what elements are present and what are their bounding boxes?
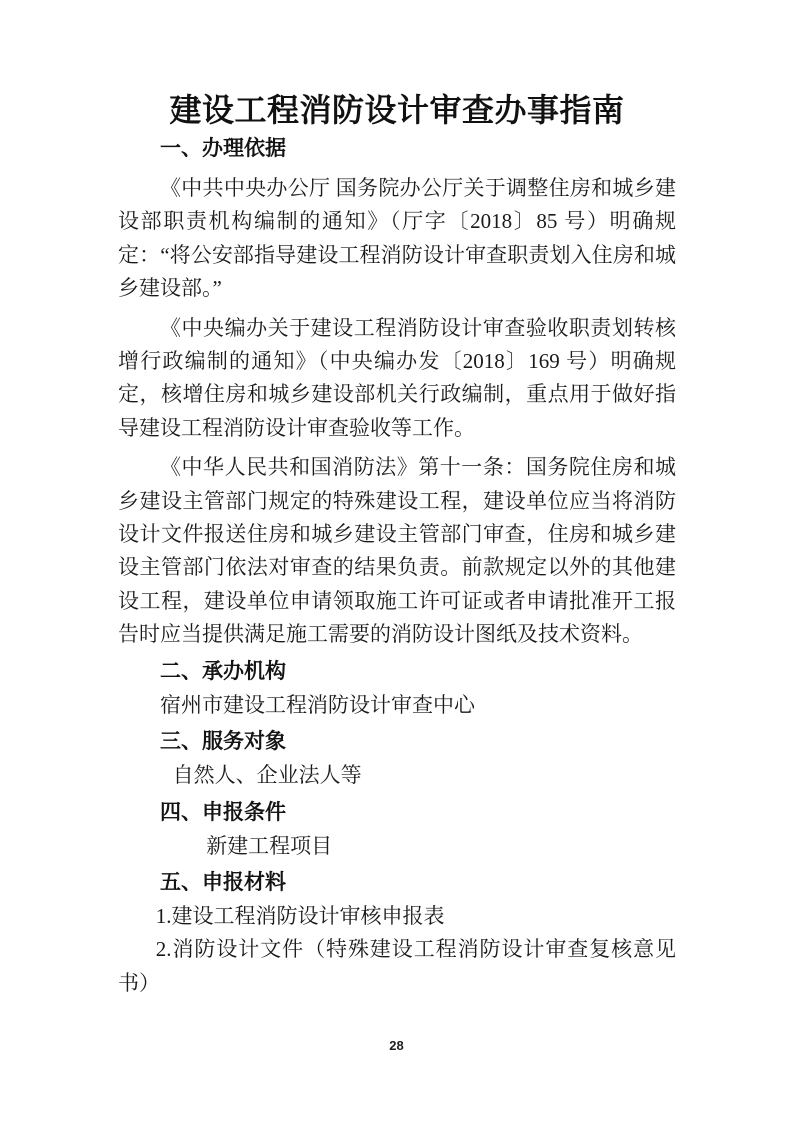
basis-paragraph-3: 《中华人民共和国消防法》第十一条：国务院住房和城乡建设主管部门规定的特殊建设工程…: [118, 451, 676, 651]
section-audience-heading: 三、服务对象: [118, 725, 676, 759]
materials-item-2: 2.消防设计文件（特殊建设工程消防设计审查复核意见书）: [118, 933, 676, 1000]
section-audience: 三、服务对象 自然人、企业法人等: [118, 725, 676, 792]
document-content: 建设工程消防设计审查办事指南 一、办理依据 《中共中央办公厅 国务院办公厅关于调…: [118, 88, 676, 1000]
materials-item-1: 1.建设工程消防设计审核申报表: [118, 900, 676, 933]
agency-name: 宿州市建设工程消防设计审查中心: [118, 689, 676, 722]
audience-text: 自然人、企业法人等: [118, 759, 676, 792]
basis-paragraph-2: 《中央编办关于建设工程消防设计审查验收职责划转核增行政编制的通知》（中央编办发〔…: [118, 312, 676, 446]
basis-paragraph-1: 《中共中央办公厅 国务院办公厅关于调整住房和城乡建设部职责机构编制的通知》（厅字…: [118, 172, 676, 306]
section-basis: 一、办理依据 《中共中央办公厅 国务院办公厅关于调整住房和城乡建设部职责机构编制…: [118, 132, 676, 652]
document-title: 建设工程消防设计审查办事指南: [118, 88, 676, 132]
page-number: 28: [0, 1038, 793, 1053]
section-agency: 二、承办机构 宿州市建设工程消防设计审查中心: [118, 655, 676, 722]
document-page: 建设工程消防设计审查办事指南 一、办理依据 《中共中央办公厅 国务院办公厅关于调…: [0, 0, 793, 1122]
section-materials-heading: 五、申报材料: [118, 866, 676, 900]
section-agency-heading: 二、承办机构: [118, 655, 676, 689]
section-conditions: 四、申报条件 新建工程项目: [118, 796, 676, 863]
section-basis-heading: 一、办理依据: [118, 132, 676, 166]
section-materials: 五、申报材料 1.建设工程消防设计审核申报表 2.消防设计文件（特殊建设工程消防…: [118, 866, 676, 1000]
section-conditions-heading: 四、申报条件: [118, 796, 676, 830]
conditions-text: 新建工程项目: [118, 830, 676, 863]
